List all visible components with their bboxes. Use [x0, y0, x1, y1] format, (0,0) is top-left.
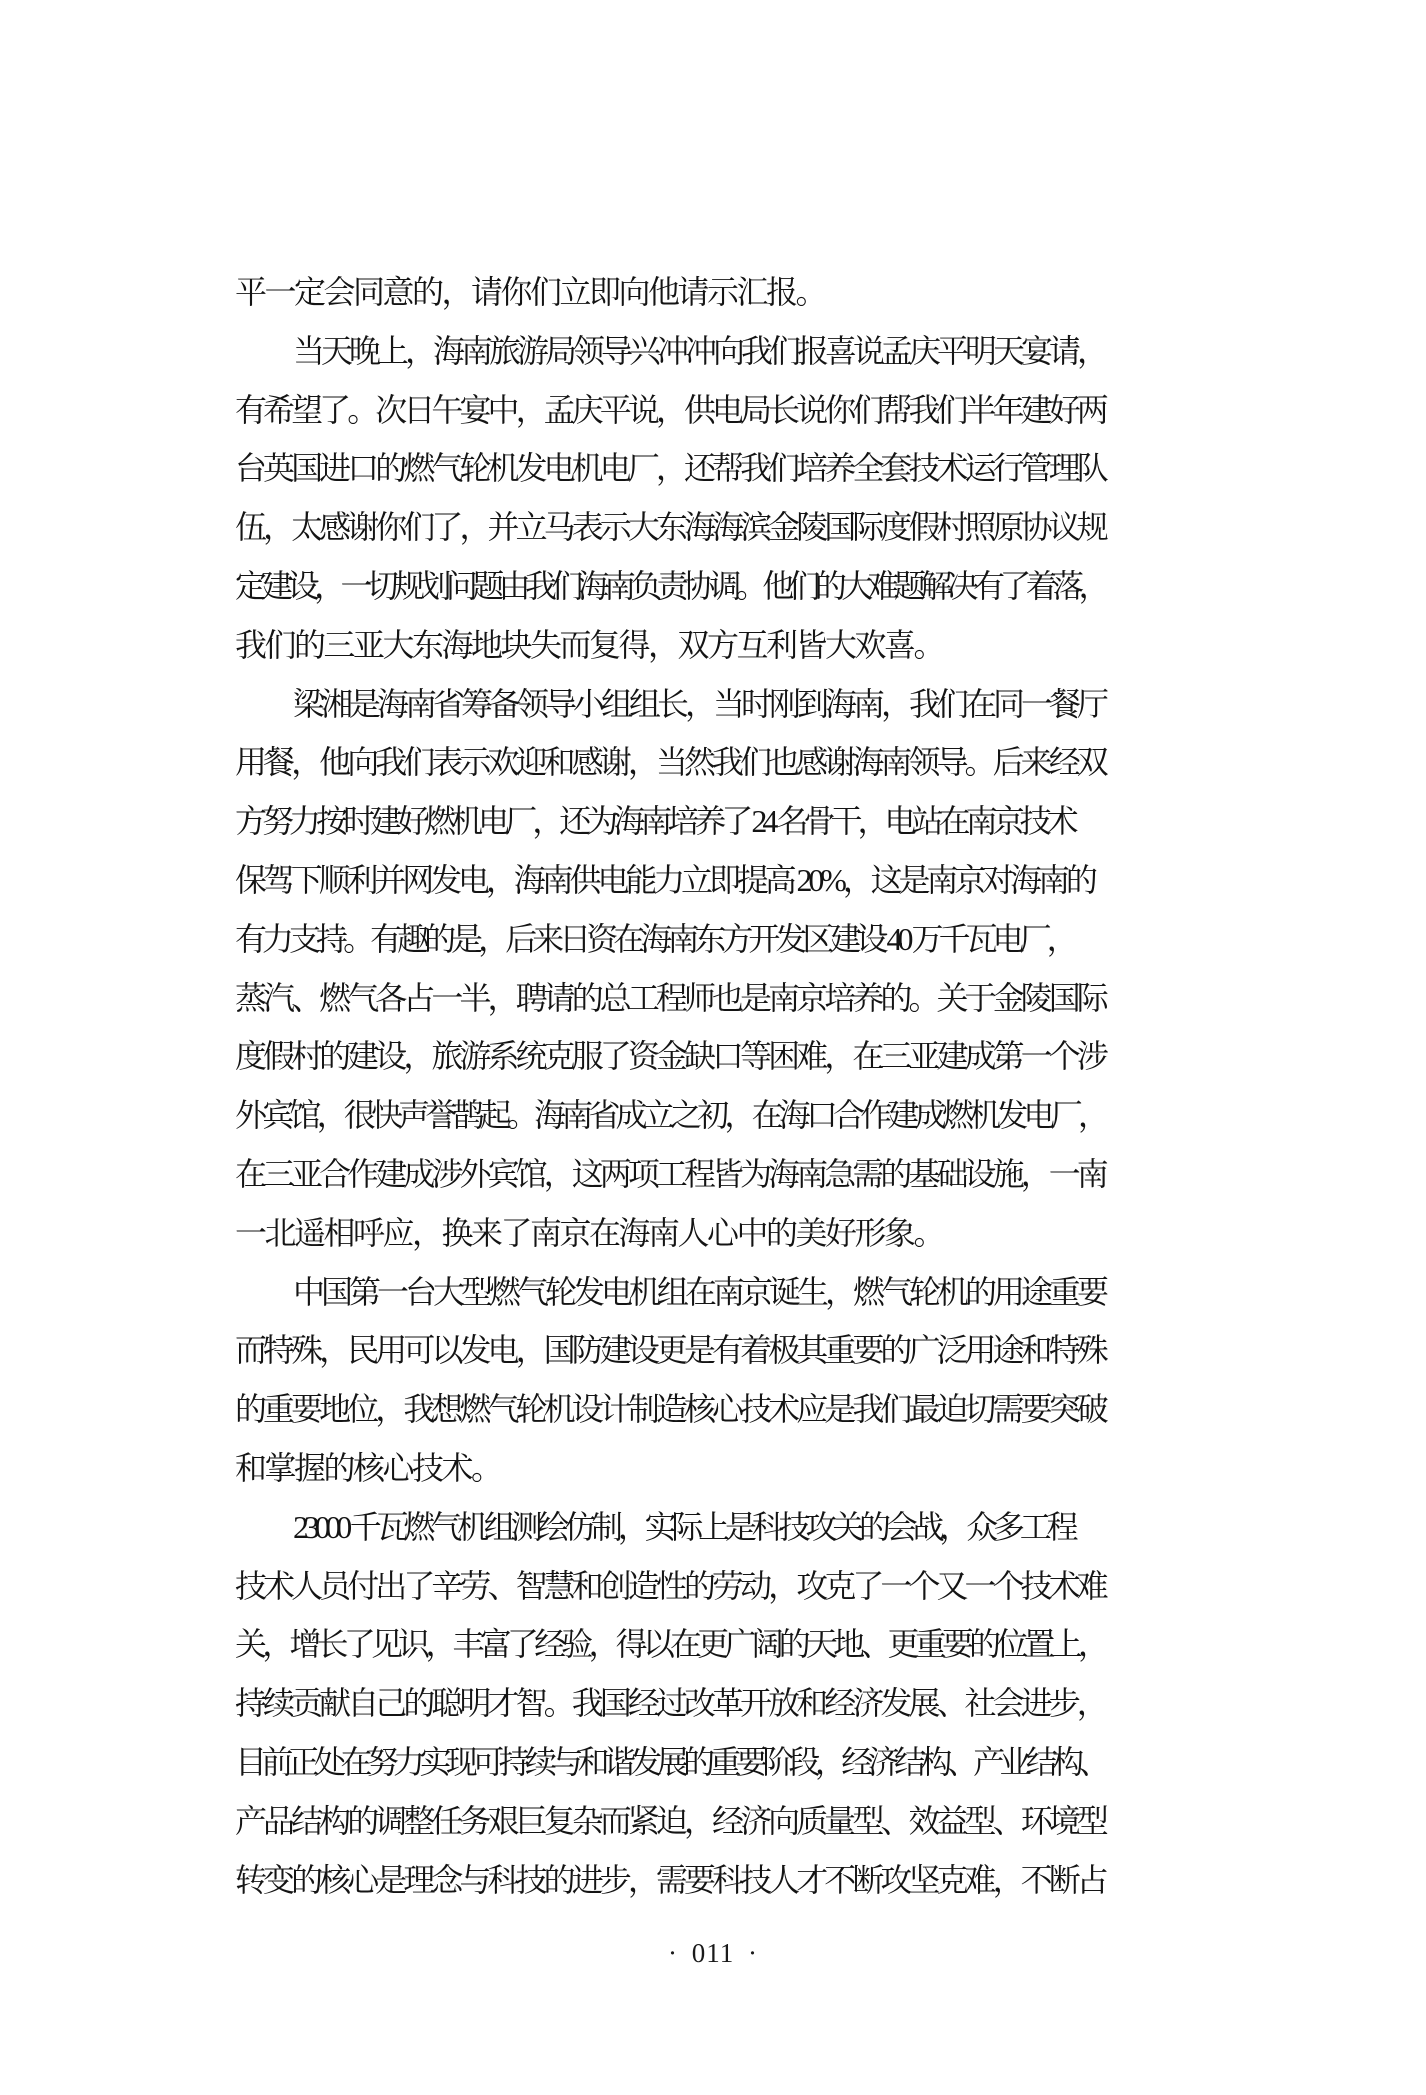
text-line: 产品结构的调整任务艰巨复杂而紧迫，经济向质量型、效益型、环境型 — [235, 1792, 1105, 1851]
text-line: 和掌握的核心技术。 — [235, 1439, 1105, 1498]
text-line: 23000 千瓦燃气机组测绘仿制，实际上是科技攻关的会战，众多工程 — [235, 1498, 1105, 1557]
page-body: 平一定会同意的，请你们立即向他请示汇报。当天晚上，海南旅游局领导兴冲冲向我们报喜… — [235, 263, 1105, 1909]
text-line: 在三亚合作建成涉外宾馆，这两项工程皆为海南急需的基础设施，一南 — [235, 1145, 1105, 1204]
page-footer: · 011 · — [0, 1936, 1426, 1970]
text-line: 伍，太感谢你们了，并立马表示大东海海滨金陵国际度假村照原协议规 — [235, 498, 1105, 557]
text-line: 当天晚上，海南旅游局领导兴冲冲向我们报喜说孟庆平明天宴请， — [235, 322, 1105, 381]
text-line: 关，增长了见识，丰富了经验，得以在更广阔的天地、更重要的位置上， — [235, 1615, 1105, 1674]
text-line: 技术人员付出了辛劳、智慧和创造性的劳动，攻克了一个又一个技术难 — [235, 1557, 1105, 1616]
text-line: 一北遥相呼应，换来了南京在海南人心中的美好形象。 — [235, 1204, 1105, 1263]
text-line: 外宾馆，很快声誉鹊起。海南省成立之初，在海口合作建成燃机发电厂， — [235, 1086, 1105, 1145]
text-line: 有力支持。有趣的是，后来日资在海南东方开发区建设 40 万千瓦电厂， — [235, 910, 1105, 969]
text-line: 目前正处在努力实现可持续与和谐发展的重要阶段，经济结构、产业结构、 — [235, 1733, 1105, 1792]
text-line: 度假村的建设，旅游系统克服了资金缺口等困难，在三亚建成第一个涉 — [235, 1027, 1105, 1086]
text-line: 中国第一台大型燃气轮发电机组在南京诞生，燃气轮机的用途重要 — [235, 1263, 1105, 1322]
text-line: 用餐，他向我们表示欢迎和感谢，当然我们也感谢海南领导。后来经双 — [235, 733, 1105, 792]
text-line: 保驾下顺利并网发电，海南供电能力立即提高 20%，这是南京对海南的 — [235, 851, 1105, 910]
page-number: · 011 · — [668, 1938, 758, 1968]
text-line: 定建设，一切规划问题由我们海南负责协调。他们的大难题解决有了着落， — [235, 557, 1105, 616]
text-line: 我们的三亚大东海地块失而复得，双方互利皆大欢喜。 — [235, 616, 1105, 675]
text-line: 平一定会同意的，请你们立即向他请示汇报。 — [235, 263, 1105, 322]
text-line: 持续贡献自己的聪明才智。我国经过改革开放和经济发展、社会进步， — [235, 1674, 1105, 1733]
text-line: 有希望了。次日午宴中，孟庆平说，供电局长说你们帮我们半年建好两 — [235, 381, 1105, 440]
text-line: 蒸汽、燃气各占一半，聘请的总工程师也是南京培养的。关于金陵国际 — [235, 969, 1105, 1028]
text-line: 而特殊，民用可以发电，国防建设更是有着极其重要的广泛用途和特殊 — [235, 1321, 1105, 1380]
text-line: 的重要地位，我想燃气轮机设计制造核心技术应是我们最迫切需要突破 — [235, 1380, 1105, 1439]
text-line: 方努力按时建好燃机电厂，还为海南培养了 24 名骨干，电站在南京技术 — [235, 792, 1105, 851]
text-line: 梁湘是海南省筹备领导小组组长，当时刚到海南，我们在同一餐厅 — [235, 675, 1105, 734]
text-line: 转变的核心是理念与科技的进步，需要科技人才不断攻坚克难，不断占 — [235, 1851, 1105, 1910]
text-line: 台英国进口的燃气轮机发电机电厂，还帮我们培养全套技术运行管理队 — [235, 439, 1105, 498]
